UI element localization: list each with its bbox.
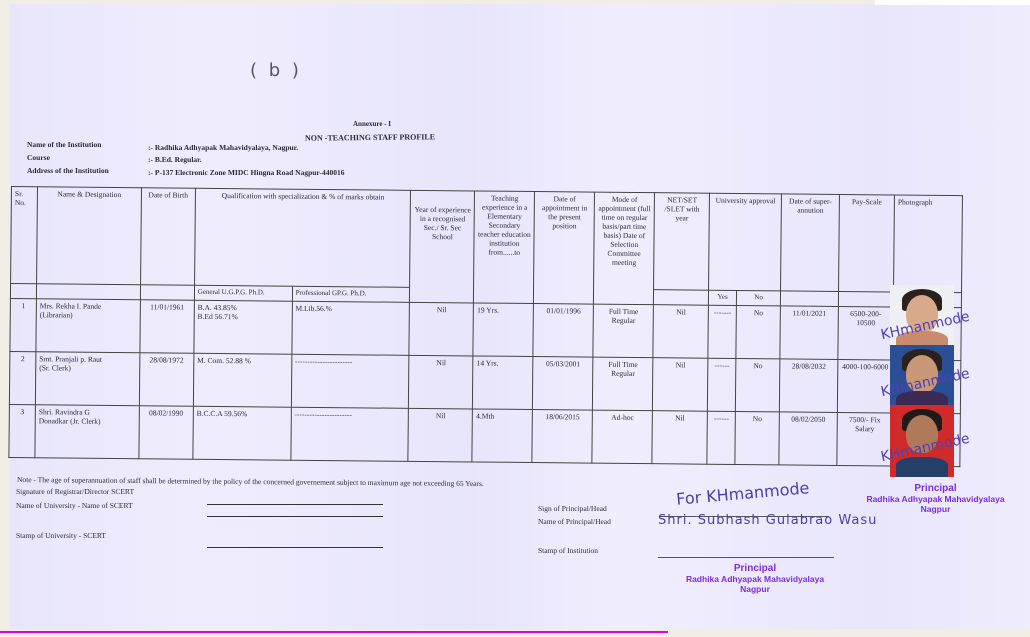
university-name-label: Name of University - Name of SCERT — [16, 501, 133, 510]
cell-name: Mrs. Rekha I. Pande(Librarian) — [36, 299, 140, 353]
cell-date-appointment: 18/06/2015 — [532, 410, 592, 464]
cell-professional: ----------------------- — [291, 354, 409, 408]
cell-superannuation: 08/02/2050 — [779, 412, 837, 466]
header-qualification: Qualification with specialization & % of… — [194, 188, 411, 287]
header-year-experience: Year of experience in a recognised Sec./… — [410, 190, 475, 303]
cell-superannuation: 28/08/2032 — [779, 359, 837, 413]
cell-year-exp: Nil — [408, 408, 472, 462]
cell-sr: 1 — [10, 298, 36, 351]
cell-approval-no: No — [736, 305, 780, 358]
cell-approval-yes: ------ — [707, 411, 735, 464]
cell-year-exp: Nil — [409, 355, 473, 409]
principal-name-label: Name of Principal/Head — [538, 517, 611, 526]
header-no: No — [737, 290, 781, 305]
annexure-label: Annexure - I — [353, 120, 391, 128]
handwritten-mark: ( b ) — [250, 60, 302, 81]
cell-professional: M.Lib.56.% — [292, 301, 410, 355]
university-stamp-label: Stamp of University - SCERT — [16, 531, 106, 540]
header-photograph: Photograph — [893, 195, 962, 293]
header-name: Name & Designation — [37, 187, 142, 285]
scan-margin — [875, 0, 1030, 5]
cell-dob: 08/02/1990 — [139, 406, 193, 460]
table-row: 2 Smt. Pranjali p. Raut(Sr. Clerk) 28/08… — [9, 351, 960, 413]
registrar-signature-label: Signature of Registrar/Director SCERT — [16, 487, 134, 496]
signature-line — [207, 516, 383, 517]
cell-approval-no: No — [735, 411, 779, 464]
header-qual-professional: Professional GP.G. Ph.D. — [292, 286, 410, 302]
cell-mode: Full Time Regular — [593, 357, 653, 411]
cell-net-set: Nil — [653, 305, 708, 359]
cell-year-exp: Nil — [409, 302, 473, 356]
cell-mode: Ad-hoc — [592, 410, 652, 464]
header-date-appointment: Date of appointment in the present posit… — [534, 192, 595, 305]
institution-name-label: Name of the Institution — [27, 140, 101, 149]
cell-teaching-exp: 14 Yrs. — [473, 356, 533, 410]
cell-approval-yes: ------- — [708, 305, 736, 358]
header-dob: Date of Birth — [140, 188, 195, 286]
principal-sign-label: Sign of Principal/Head — [538, 504, 607, 513]
header-pay-scale: Pay-Scale — [839, 194, 895, 292]
staff-profile-table: Sr. No. Name & Designation Date of Birth… — [8, 186, 963, 467]
header-superannuation: Date of super-annution — [781, 194, 840, 292]
table-row: 1 Mrs. Rekha I. Pande(Librarian) 11/01/1… — [10, 298, 961, 360]
course-label: Course — [27, 153, 50, 162]
cell-name: Shri. Ravindra GDonadkar (Jr. Clerk) — [35, 405, 139, 459]
cell-name: Smt. Pranjali p. Raut(Sr. Clerk) — [35, 352, 139, 406]
header-teaching-experience: Teaching experience in a Elementary Seco… — [474, 191, 535, 304]
cell-dob: 11/01/1961 — [140, 300, 194, 354]
institution-name-value: :- Radhika Adhyapak Mahavidyalaya, Nagpu… — [148, 143, 298, 152]
header-sr-no: Sr. No. — [11, 187, 38, 284]
bottom-margin-line — [0, 631, 668, 633]
page-title: NON -TEACHING STAFF PROFILE — [305, 132, 435, 142]
cell-professional: ----------------------- — [291, 407, 409, 461]
signature-line — [207, 547, 383, 548]
cell-teaching-exp: 4.Mth — [472, 409, 532, 463]
signature-line — [207, 504, 383, 505]
cell-general: M. Com. 52.88 % — [193, 353, 291, 407]
signature-line — [658, 557, 834, 558]
header-mode-appointment: Mode of appointment (full time on regula… — [594, 192, 655, 305]
header-university-approval: University approval — [709, 193, 782, 291]
cell-sr: 3 — [9, 404, 35, 457]
header-net-set: NET/SET /SLET with year — [654, 193, 710, 291]
handwritten-principal-name: Shri. Subhash Gulabrao Wasu — [658, 513, 877, 528]
cell-net-set: Nil — [652, 411, 707, 465]
header-yes: Yes — [709, 290, 737, 305]
header-row: Sr. No. Name & Designation Date of Birth… — [11, 187, 963, 293]
cell-dob: 28/08/1972 — [139, 353, 193, 407]
cell-approval-yes: ------ — [708, 358, 736, 411]
header-qual-general: General U.G.P.G. Ph.D. — [194, 285, 292, 301]
cell-general: B.C.C.A 59.56% — [193, 406, 291, 460]
institution-stamp: Principal Radhika Adhyapak Mahavidyalaya… — [670, 563, 840, 594]
address-label: Address of the Institution — [27, 166, 109, 175]
cell-teaching-exp: 19 Yrs. — [473, 303, 533, 357]
institution-stamp-label: Stamp of Institution — [538, 546, 598, 555]
cell-sr: 2 — [9, 351, 35, 404]
cell-date-appointment: 01/01/1996 — [533, 304, 593, 358]
cell-date-appointment: 05/03/2001 — [533, 357, 593, 411]
cell-net-set: Nil — [653, 358, 708, 412]
cell-general: B.A. 43.85%B.Ed 56.71% — [194, 300, 292, 354]
cell-superannuation: 11/01/2021 — [780, 306, 838, 360]
table-row: 3 Shri. Ravindra GDonadkar (Jr. Clerk) 0… — [9, 404, 960, 466]
cell-approval-no: No — [736, 358, 780, 411]
cell-mode: Full Time Regular — [593, 304, 653, 358]
address-value: :- P-137 Electronic Zone MIDC Hingna Roa… — [148, 168, 344, 177]
course-value: :- B.Ed. Regular. — [148, 155, 202, 164]
principal-stamp: Principal Radhika Adhyapak Mahavidyalaya… — [858, 483, 1013, 514]
